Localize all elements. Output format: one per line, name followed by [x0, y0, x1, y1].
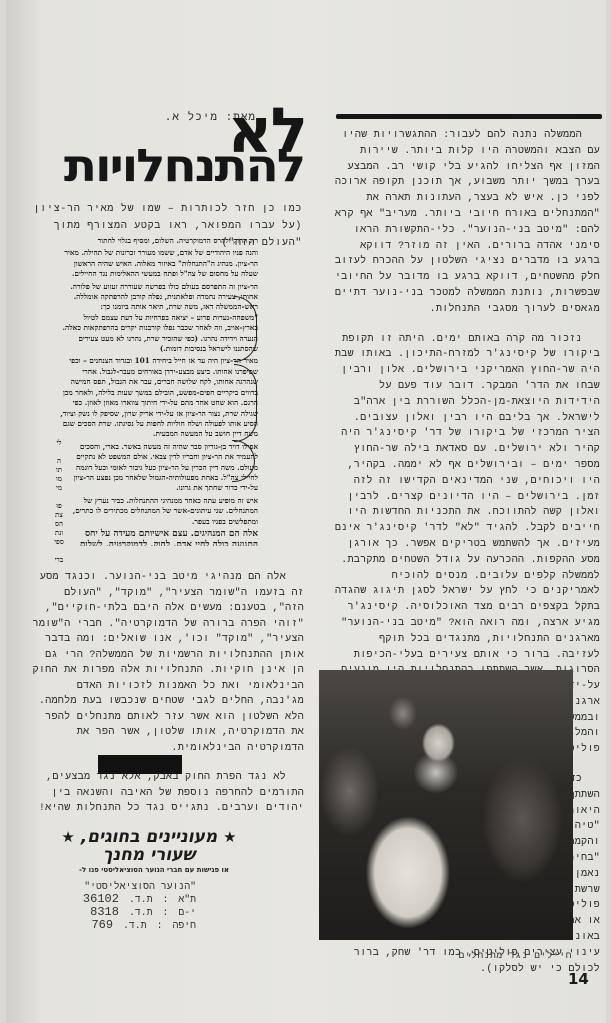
clipping-paragraph: אפילו דויד בן-גוריון סבר שהיה זה מעשה בא… [58, 442, 258, 494]
page-number: 14 [568, 970, 589, 988]
handwritten-bracket [234, 364, 257, 442]
newspaper-page: הממשלה נתנה להם לעבור: ההתגשרויות שהיו ע… [6, 0, 606, 1023]
clipping-paragraph: מאיר הר-ציון היה עד אז חייל ביחידה 101 ו… [58, 356, 258, 439]
article-paragraph: אלה הם מנהיגי מיטב בני-הנוער. וכנגד מסע … [28, 570, 304, 756]
clipping-paragraph: איש זה מופיע עתה כאחד ממנהיגי ההתנחלות. … [58, 496, 258, 527]
contact-addresses: "הנוער הסוציאליסטי" ת"א: ת.ד. 36102 י-ם:… [68, 880, 196, 932]
star-icon: ★ [223, 828, 236, 846]
newspaper-clipping: רת החוק ולהרס הדמוקרטיה. השלום, ומסיף בג… [58, 236, 258, 546]
clipping-paragraph: הר-ציון זה התפרסם בעולם כולו בפרשה שעורר… [58, 282, 258, 355]
article-paragraph: לא נגד הפרת החוק באבק, אלא נגד מבצעים, ה… [28, 770, 304, 817]
photo-caption: חיילים נגד מתנחלים [419, 950, 572, 961]
address-row: ת"א: ת.ד. 36102 [68, 893, 196, 906]
clipping-margin-fragments: לי ה תו מו מי פוּ צת הס ונת ספי בדי [52, 438, 66, 564]
article-left-column: אלה הם מנהיגי מיטב בני-הנוער. וכנגד מסע … [28, 570, 304, 831]
promo-subtitle: או פגישות עם חברי הנוער הסוציאליסטי פנו … [66, 865, 229, 876]
clipping-paragraph: רת החוק ולהרס הדמוקרטיה. השלום, ומסיף בג… [58, 236, 258, 246]
clipping-paragraph: והנה פניו היהודיים של אדם, ששמו מעורר זכ… [58, 248, 258, 279]
news-photo-soldiers [319, 670, 573, 940]
promo-box-title: ★ מעוניינים בחוגים, ★ שעורי מחנך [54, 828, 244, 864]
headline-line-2: להתנחלויות [0, 140, 304, 192]
article-paragraph: הממשלה נתנה להם לעבור: ההתגשרויות שהיו ע… [332, 128, 600, 318]
top-rule-divider [336, 114, 602, 119]
address-row: חיפה: ת.ד. 769 [68, 919, 196, 932]
address-row: י-ם: ת.ד. 8318 [68, 906, 196, 919]
redaction-bar [98, 755, 182, 774]
clipping-paragraph-emphasis: אלה הם המנהיגים. עצם אישיותם מעידה על יח… [58, 529, 258, 546]
star-icon: ★ [61, 828, 74, 846]
